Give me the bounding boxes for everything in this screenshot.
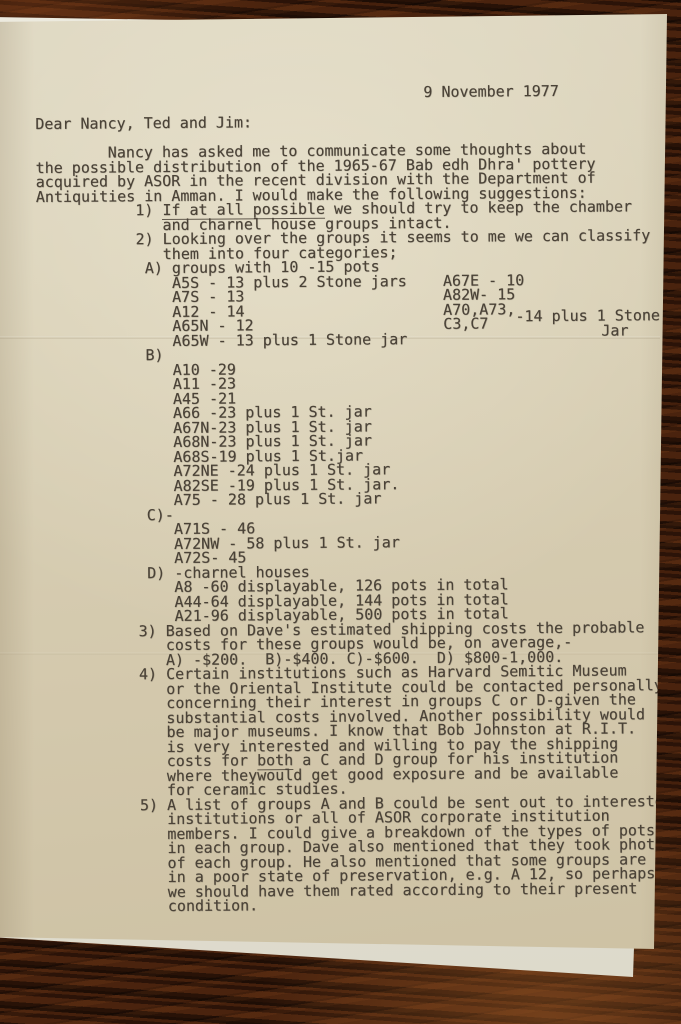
letter-text: 9 November 1977Dear Nancy, Ted and Jim: … [0,83,681,915]
stone-jar-note: -14 plus 1 Stone [515,308,660,324]
jar-note: Jar [601,323,628,338]
photo-of-letter: 9 November 1977Dear Nancy, Ted and Jim: … [0,0,681,1024]
letter-paper: 9 November 1977Dear Nancy, Ted and Jim: … [0,0,681,1024]
letter-lines: 9 November 1977Dear Nancy, Ted and Jim: … [35,83,681,915]
